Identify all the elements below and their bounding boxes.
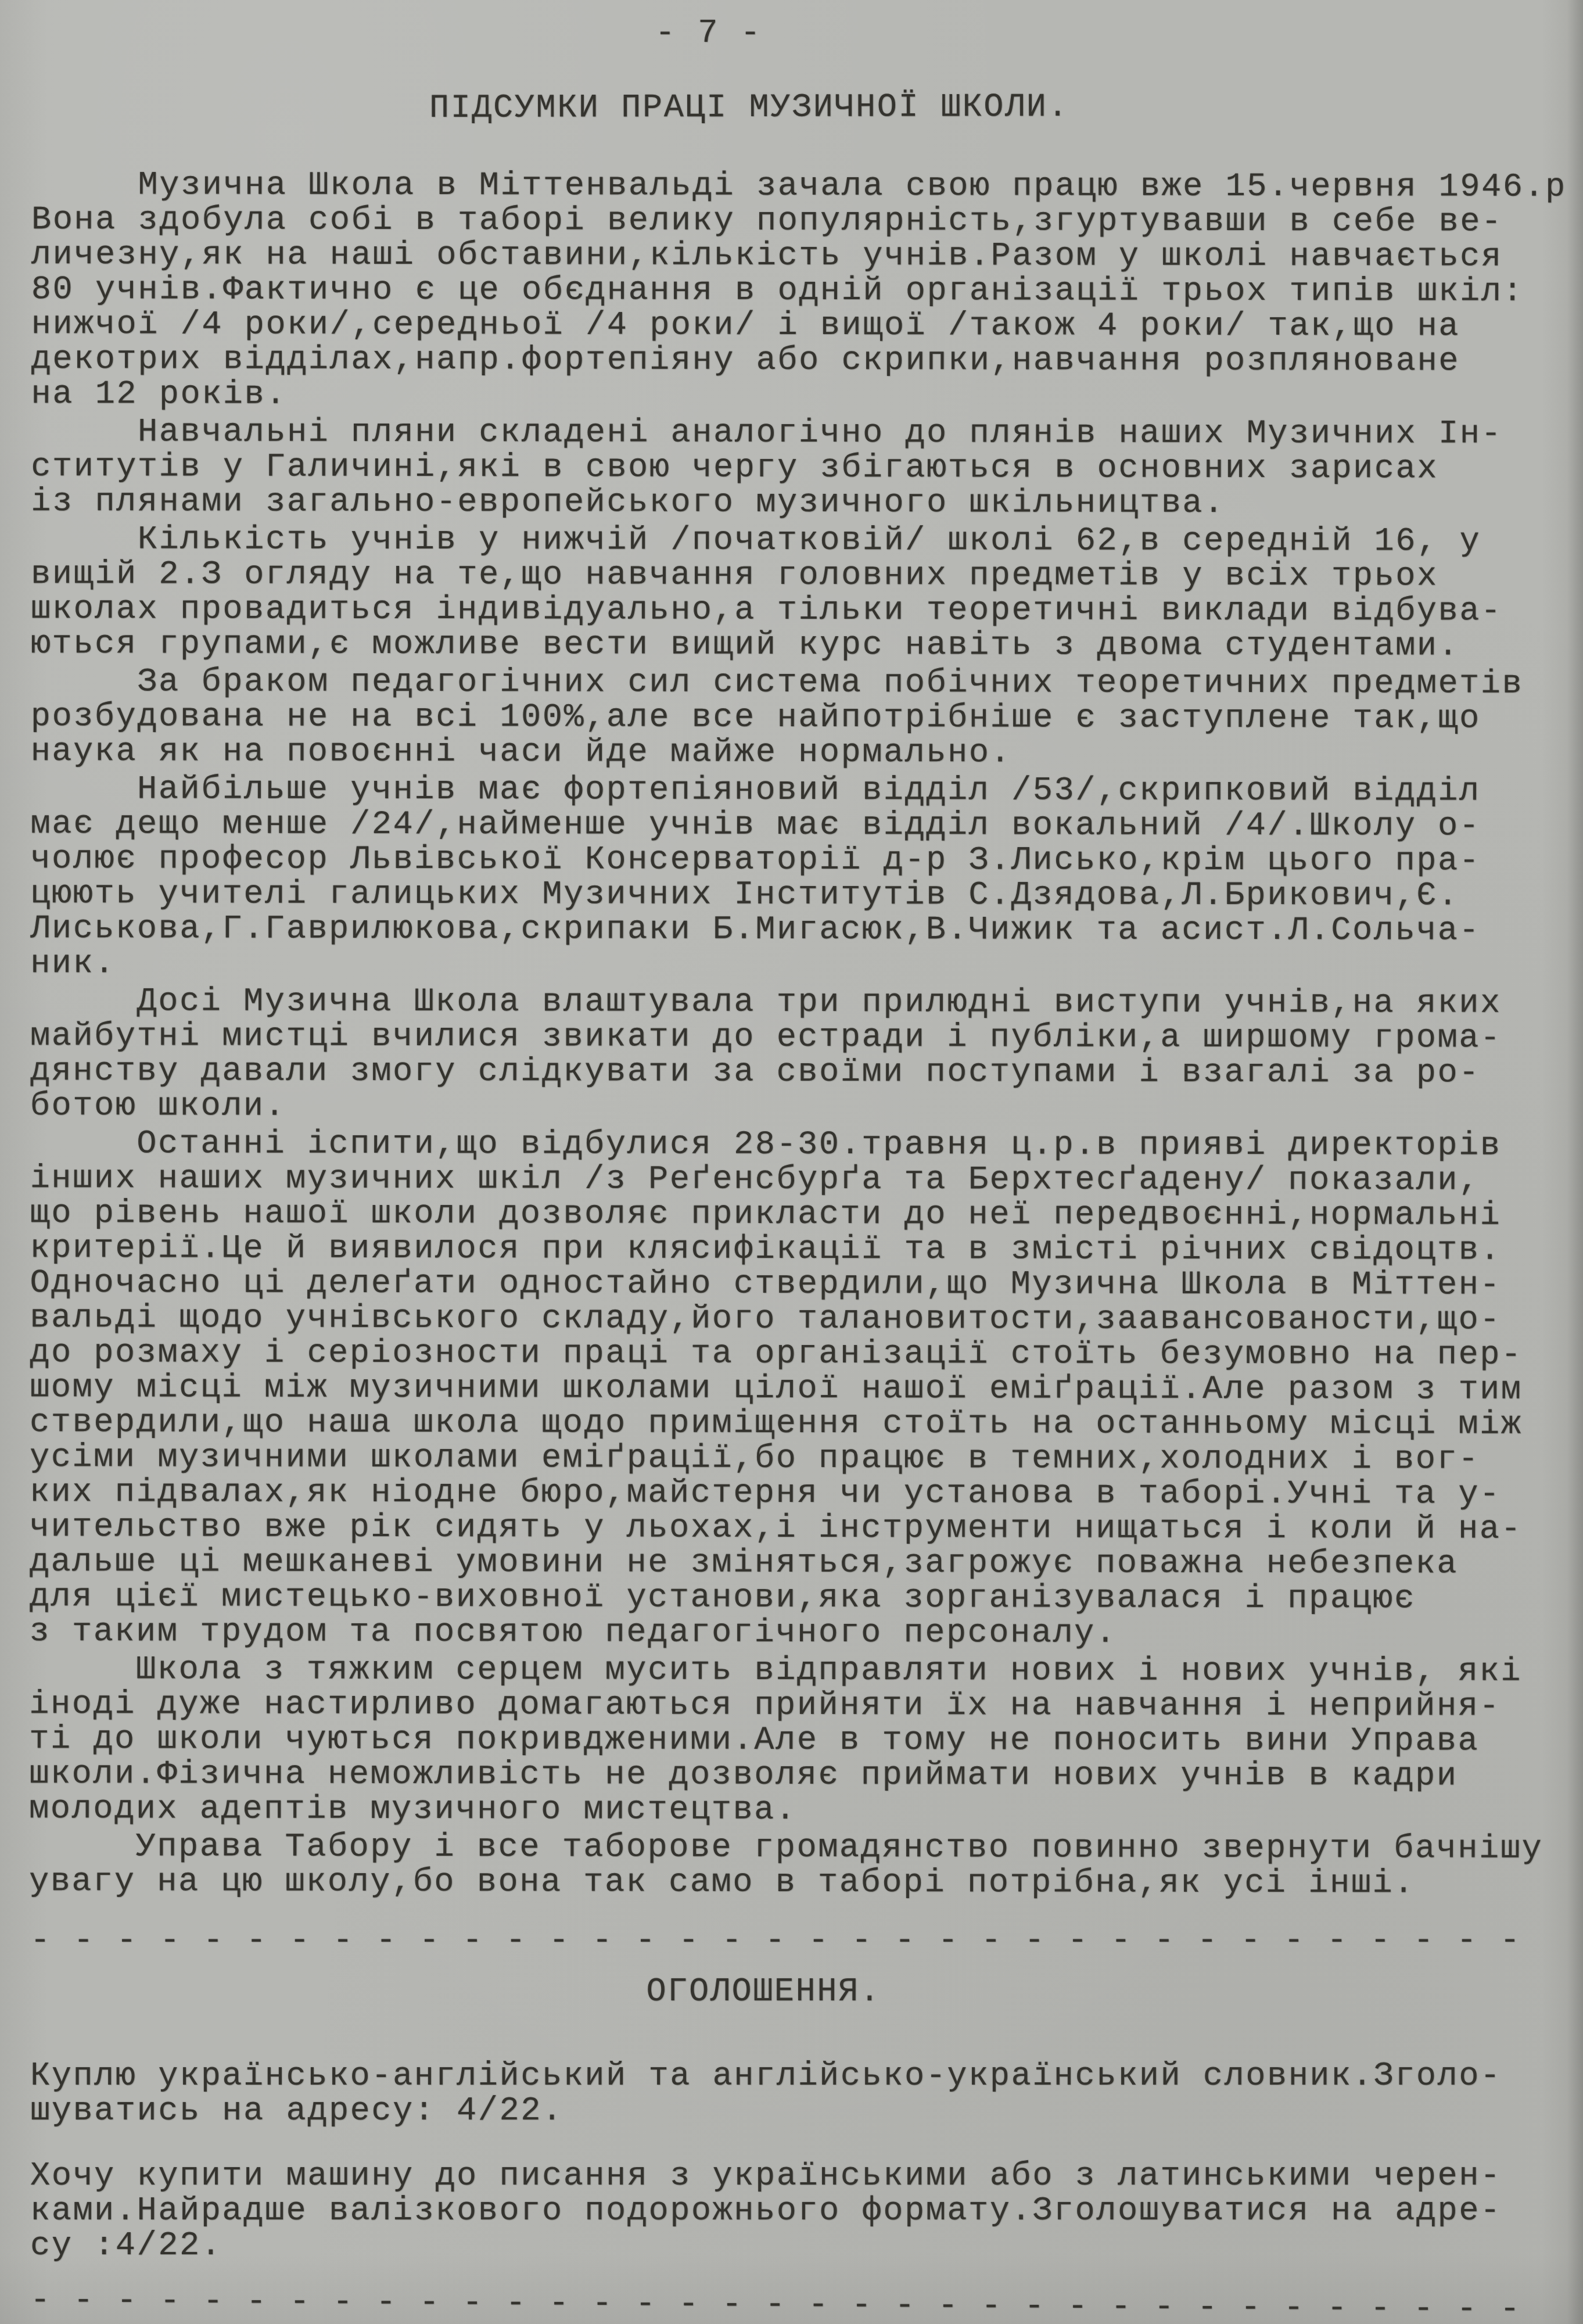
paragraph-7: Останні іспити,що відбулися 28-30.травня… (30, 1127, 1573, 1652)
announcements-title: ОГОЛОШЕННЯ. (0, 1975, 1535, 2010)
paragraph-6: Досі Музична Школа влаштувала три прилюд… (30, 984, 1573, 1126)
document-title: ПІДСУМКИ ПРАЦІ МУЗИЧНОЇ ШКОЛИ. (0, 89, 1520, 127)
paragraph-2: Навчальні пляни складені аналогічно до п… (31, 415, 1573, 522)
scanned-document-page: - 7 - ПІДСУМКИ ПРАЦІ МУЗИЧНОЇ ШКОЛИ. Муз… (0, 0, 1583, 2324)
separator-line-bottom: - - - - - - - - - - - - - - - - - - - - … (30, 2283, 1573, 2324)
page-number: - 7 - (0, 16, 1480, 51)
announcement-item-1: Куплю українсько-англійський та англійсь… (30, 2059, 1573, 2129)
paragraph-3: Кількість учнів у нижчій /початковій/ шк… (31, 522, 1573, 664)
paragraph-9: Управа Табору і все таборове громадянств… (29, 1830, 1571, 1902)
paragraph-1: Музична Школа в Міттенвальді зачала свою… (31, 168, 1574, 414)
paragraph-4: За браком педагогічних сил система побіч… (31, 665, 1573, 772)
paragraph-8: Школа з тяжким серцем мусить відправляти… (29, 1652, 1571, 1829)
document-body: Музична Школа в Міттенвальді зачала свою… (29, 168, 1574, 1902)
announcement-item-2: Хочу купити машину до писання з українсь… (30, 2159, 1573, 2264)
paragraph-5: Найбільше учнів має фортепіяновий відділ… (30, 772, 1573, 984)
separator-line-top: - - - - - - - - - - - - - - - - - - - - … (30, 1924, 1573, 1959)
